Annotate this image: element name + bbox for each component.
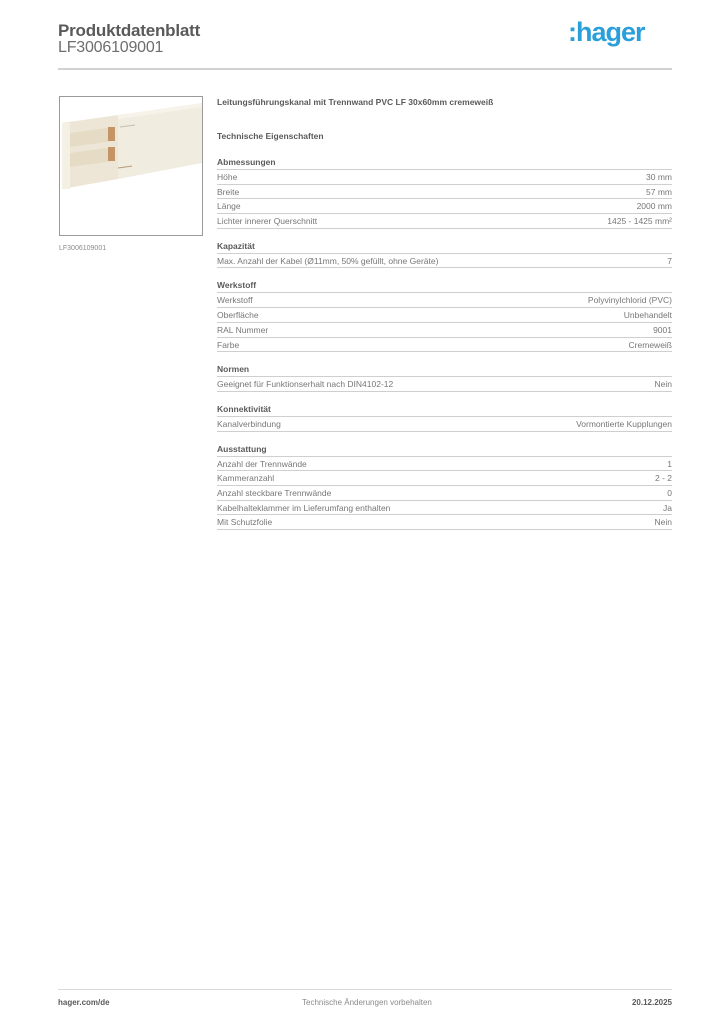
article-number: LF3006109001: [58, 39, 163, 57]
group-title: Normen: [217, 363, 672, 377]
property-label: Breite: [217, 185, 239, 199]
property-label: Anzahl steckbare Trennwände: [217, 486, 331, 500]
property-group: NormenGeeignet für Funktionserhalt nach …: [217, 363, 672, 392]
property-value: Cremeweiß: [629, 338, 672, 352]
group-title: Werkstoff: [217, 279, 672, 293]
property-row: Länge2000 mm: [217, 199, 672, 214]
property-row: Lichter innerer Querschnitt1425 - 1425 m…: [217, 214, 672, 229]
property-value: 2000 mm: [637, 199, 672, 213]
property-row: OberflächeUnbehandelt: [217, 308, 672, 323]
property-value: 7: [667, 254, 672, 268]
property-label: RAL Nummer: [217, 323, 268, 337]
property-label: Kammeranzahl: [217, 471, 274, 485]
image-caption: LF3006109001: [59, 245, 106, 252]
property-value: 0: [667, 486, 672, 500]
property-value: Ja: [663, 501, 672, 515]
group-title: Konnektivität: [217, 403, 672, 417]
property-row: KanalverbindungVormontierte Kupplungen: [217, 417, 672, 432]
document-title: Produktdatenblatt: [58, 21, 200, 41]
header-divider: [58, 68, 672, 70]
property-label: Anzahl der Trennwände: [217, 457, 307, 471]
footer-date: 20.12.2025: [632, 998, 672, 1007]
property-label: Farbe: [217, 338, 239, 352]
footer-disclaimer: Technische Änderungen vorbehalten: [302, 998, 432, 1007]
property-value: 2 - 2: [655, 471, 672, 485]
property-row: WerkstoffPolyvinylchlorid (PVC): [217, 293, 672, 308]
cable-duct-illustration: [60, 97, 203, 236]
group-title: Abmessungen: [217, 156, 672, 170]
property-label: Mit Schutzfolie: [217, 515, 272, 529]
property-group: AusstattungAnzahl der Trennwände1Kammera…: [217, 443, 672, 530]
property-row: Mit SchutzfolieNein: [217, 515, 672, 530]
property-value: Nein: [655, 515, 672, 529]
property-row: Geeignet für Funktionserhalt nach DIN410…: [217, 377, 672, 392]
property-value: 1: [667, 457, 672, 471]
property-value: Unbehandelt: [624, 308, 672, 322]
property-row: FarbeCremeweiß: [217, 338, 672, 353]
property-value: 9001: [653, 323, 672, 337]
group-title: Ausstattung: [217, 443, 672, 457]
property-group: KapazitätMax. Anzahl der Kabel (Ø11mm, 5…: [217, 240, 672, 269]
property-value: Nein: [655, 377, 672, 391]
property-label: Oberfläche: [217, 308, 259, 322]
property-group: AbmessungenHöhe30 mmBreite57 mmLänge2000…: [217, 156, 672, 229]
property-group: WerkstoffWerkstoffPolyvinylchlorid (PVC)…: [217, 279, 672, 352]
property-value: 1425 - 1425 mm²: [607, 214, 672, 228]
property-value: 57 mm: [646, 185, 672, 199]
property-label: Kabelhalteklammer im Lieferumfang enthal…: [217, 501, 390, 515]
property-row: RAL Nummer9001: [217, 323, 672, 338]
property-row: Anzahl der Trennwände1: [217, 457, 672, 472]
property-row: Anzahl steckbare Trennwände0: [217, 486, 672, 501]
property-row: Kabelhalteklammer im Lieferumfang enthal…: [217, 501, 672, 516]
property-label: Länge: [217, 199, 241, 213]
section-heading: Technische Eigenschaften: [217, 130, 672, 142]
product-details: Leitungsführungskanal mit Trennwand PVC …: [217, 96, 672, 530]
property-row: Höhe30 mm: [217, 170, 672, 185]
property-value: Polyvinylchlorid (PVC): [588, 293, 672, 307]
product-image: [59, 96, 203, 236]
property-groups: AbmessungenHöhe30 mmBreite57 mmLänge2000…: [217, 156, 672, 530]
footer-website[interactable]: hager.com/de: [58, 998, 110, 1007]
property-label: Werkstoff: [217, 293, 253, 307]
property-label: Lichter innerer Querschnitt: [217, 214, 317, 228]
product-name: Leitungsführungskanal mit Trennwand PVC …: [217, 96, 672, 108]
property-row: Kammeranzahl2 - 2: [217, 471, 672, 486]
property-row: Breite57 mm: [217, 185, 672, 200]
property-group: KonnektivitätKanalverbindungVormontierte…: [217, 403, 672, 432]
property-label: Geeignet für Funktionserhalt nach DIN410…: [217, 377, 393, 391]
property-label: Kanalverbindung: [217, 417, 281, 431]
property-value: Vormontierte Kupplungen: [576, 417, 672, 431]
footer-divider: [58, 989, 672, 990]
property-row: Max. Anzahl der Kabel (Ø11mm, 50% gefüll…: [217, 254, 672, 269]
property-label: Max. Anzahl der Kabel (Ø11mm, 50% gefüll…: [217, 254, 438, 268]
property-value: 30 mm: [646, 170, 672, 184]
property-label: Höhe: [217, 170, 237, 184]
group-title: Kapazität: [217, 240, 672, 254]
hager-logo: :hager: [568, 17, 645, 47]
